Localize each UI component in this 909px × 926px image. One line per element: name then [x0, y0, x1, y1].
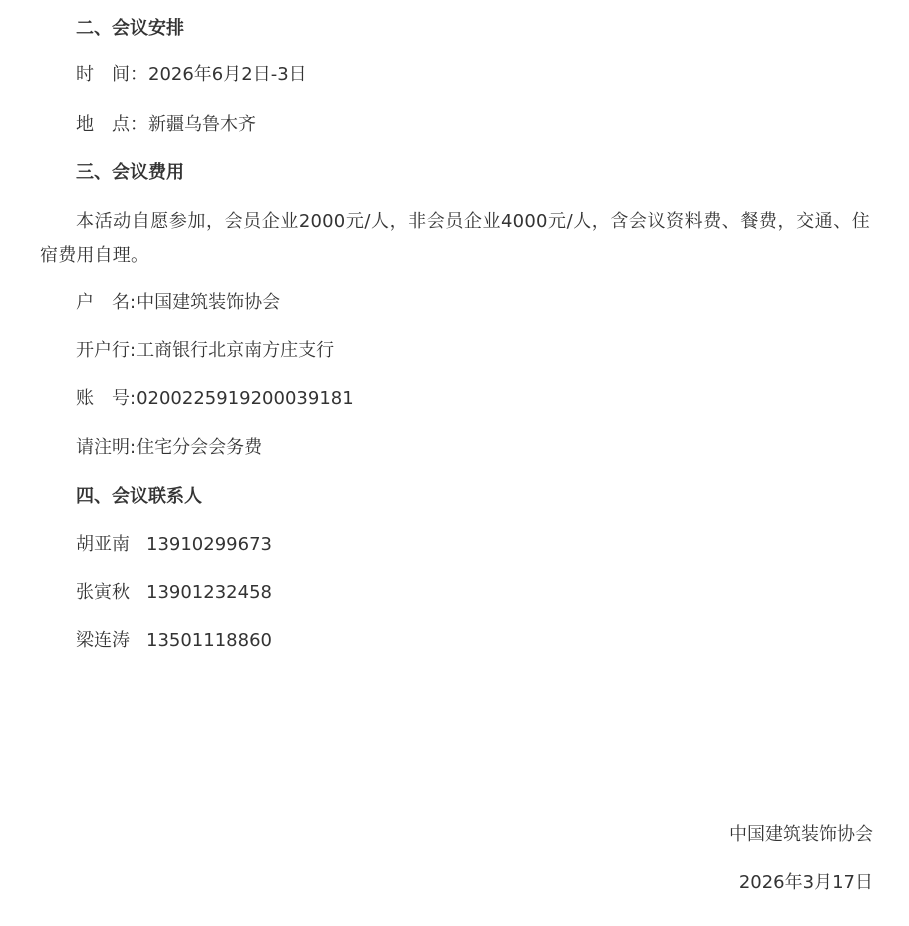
place-label-part1: 地	[76, 114, 94, 135]
contact-phone: 13901232458	[146, 582, 272, 603]
contact-name: 胡亚南	[76, 534, 130, 555]
time-value: 2026年6月2日-3日	[148, 64, 307, 85]
contact-name: 梁连涛	[76, 630, 130, 651]
contact-row: 胡亚南13910299673	[76, 533, 272, 557]
meeting-place-row: 地点：新疆乌鲁木齐	[76, 113, 256, 137]
meeting-time-row: 时间：2026年6月2日-3日	[76, 63, 307, 87]
bank-label: 开户行:	[76, 340, 136, 361]
account-name-value: 中国建筑装饰协会	[136, 292, 280, 313]
account-name-label-part2: 名:	[112, 292, 136, 313]
account-name-row: 户名:中国建筑装饰协会	[76, 291, 280, 315]
signature-date: 2026年3月17日	[739, 871, 873, 895]
contact-row: 梁连涛13501118860	[76, 629, 272, 653]
note-value: 住宅分会会务费	[136, 437, 262, 458]
note-label: 请注明:	[76, 437, 136, 458]
section-heading-fees: 三、会议费用	[76, 161, 184, 185]
place-value: 新疆乌鲁木齐	[148, 114, 256, 135]
account-number-value: 0200225919200039181	[136, 388, 354, 409]
section-heading-arrangement: 二、会议安排	[76, 17, 184, 41]
account-name-label-part1: 户	[76, 292, 94, 313]
account-number-label-part1: 账	[76, 388, 94, 409]
signature-organization: 中国建筑装饰协会	[729, 823, 873, 847]
contact-row: 张寅秋13901232458	[76, 581, 272, 605]
fees-description: 本活动自愿参加，会员企业2000元/人，非会员企业4000元/人，含会议资料费、…	[40, 205, 870, 273]
place-label-part2: 点：	[112, 114, 148, 135]
account-number-row: 账号:0200225919200039181	[76, 387, 354, 411]
account-number-label-part2: 号:	[112, 388, 136, 409]
bank-row: 开户行:工商银行北京南方庄支行	[76, 339, 334, 363]
bank-value: 工商银行北京南方庄支行	[136, 340, 334, 361]
contact-phone: 13910299673	[146, 534, 272, 555]
contact-phone: 13501118860	[146, 630, 272, 651]
section-heading-contacts: 四、会议联系人	[76, 485, 202, 509]
payment-note-row: 请注明:住宅分会会务费	[76, 436, 262, 460]
time-label-part1: 时	[76, 64, 94, 85]
contact-name: 张寅秋	[76, 582, 130, 603]
time-label-part2: 间：	[112, 64, 148, 85]
